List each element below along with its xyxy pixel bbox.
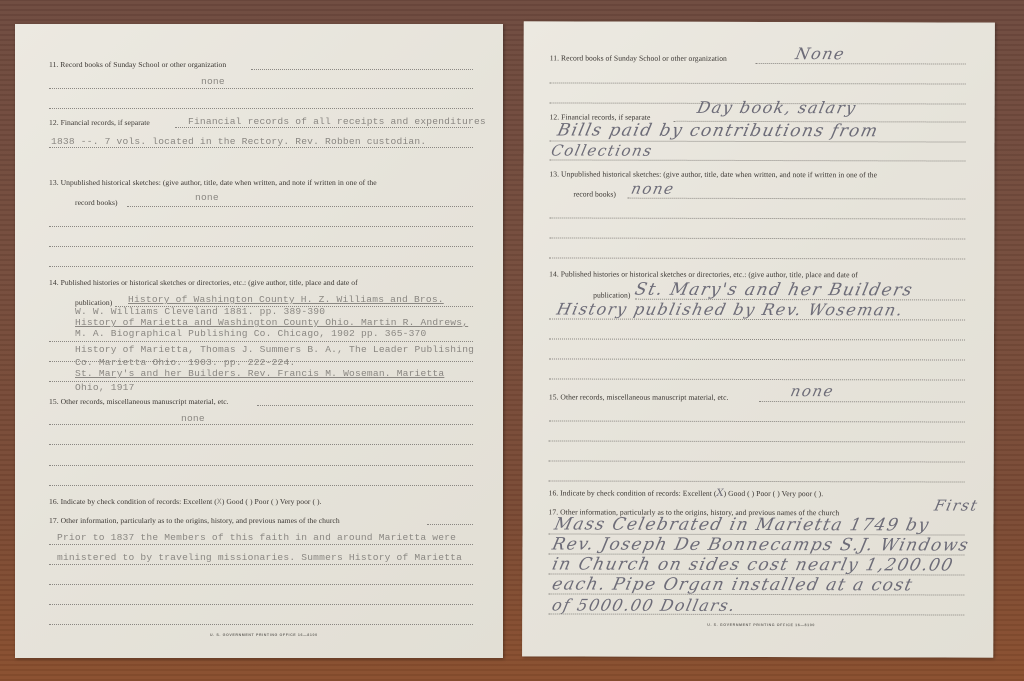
rule (49, 465, 473, 466)
left-form-sheet: 11. Record books of Sunday School or oth… (15, 24, 503, 658)
q11-label: 11. Record books of Sunday School or oth… (49, 60, 226, 69)
rule (49, 584, 473, 585)
q15-answer: none (789, 382, 836, 400)
rule (49, 226, 473, 227)
q12-answer-line2: Bills paid by contributions from (555, 120, 880, 141)
rule (549, 217, 965, 219)
rule (49, 147, 473, 148)
q13-label-cont: record books) (573, 190, 616, 199)
rule (49, 604, 473, 605)
q14-answer-line4: M. A. Biographical Publishing Co. Chicag… (75, 328, 426, 339)
printing-office-footer: U. S. GOVERNMENT PRINTING OFFICE 16—8100 (210, 633, 318, 637)
rule (49, 108, 473, 109)
rule (549, 318, 965, 320)
rule (49, 341, 473, 342)
rule (549, 257, 965, 259)
rule (549, 338, 965, 340)
q17-answer-line5: of 5000.00 Dollars. (550, 595, 738, 614)
rule (550, 82, 966, 84)
rule (49, 444, 473, 445)
q17-answer-line2: Rev. Joseph De Bonnecamps S.J. Windows (550, 534, 971, 555)
q17-answer-line1: Mass Celebrated in Marietta 1749 by (552, 514, 931, 535)
q11-label: 11. Record books of Sunday School or oth… (550, 53, 727, 62)
q14-answer-line2: W. W. Williams Cleveland 1881. pp. 389-3… (75, 306, 325, 317)
rule (549, 358, 965, 360)
rule (49, 544, 473, 545)
rule (549, 378, 965, 380)
q16-label: 16. Indicate by check condition of recor… (49, 497, 322, 507)
rule (175, 127, 473, 128)
rule (251, 69, 473, 70)
q14-answer-line2: History published by Rev. Woseman. (555, 299, 906, 319)
q14-answer-line1: St. Mary's and her Builders (633, 280, 915, 301)
q14-label: 14. Published histories or historical sk… (549, 269, 858, 279)
rule (756, 63, 966, 65)
q14-label: 14. Published histories or historical sk… (49, 278, 358, 287)
right-form-sheet: 11. Record books of Sunday School or oth… (522, 21, 995, 657)
q17-answer-line0: First (933, 496, 980, 514)
q17-answer-line2: ministered to by traveling missionaries.… (57, 552, 462, 563)
q11-answer: None (794, 44, 847, 63)
q15-answer: none (181, 413, 205, 424)
q13-label: 13. Unpublished historical sketches: (gi… (49, 178, 377, 187)
q14-answer-line6: Co. Marietta Ohio. 1903. pp. 222-224. (75, 357, 295, 368)
rule (49, 564, 473, 565)
q12-answer-line1: Financial records of all receipts and ex… (188, 116, 486, 127)
q12-answer-line2: 1838 --. 7 vols. located in the Rectory.… (51, 136, 426, 147)
q13-answer: none (629, 180, 676, 198)
q14-label-cont: publication) (593, 291, 630, 300)
rule (549, 420, 965, 422)
excellent-checkbox[interactable]: X (217, 498, 222, 507)
q16-label: 16. Indicate by check condition of recor… (549, 487, 824, 499)
q11-answer: none (201, 76, 225, 87)
q14-answer-line3: History of Marietta and Washington Count… (75, 317, 468, 328)
rule (49, 485, 473, 486)
rule (549, 159, 965, 161)
rule (759, 401, 965, 403)
rule (49, 266, 473, 267)
q17-answer-line4: each. Pipe Organ installed at a cost (550, 574, 915, 595)
q14-answer-line5: History of Marietta, Thomas J. Summers B… (75, 344, 474, 355)
q14-answer-line7: St. Mary's and her Builders. Rev. Franci… (75, 368, 444, 379)
q12-label: 12. Financial records, if separate (49, 118, 150, 127)
q12-answer-line3: Collections (550, 141, 655, 159)
q14-answer-line1: History of Washington County H. Z. Willi… (128, 294, 444, 305)
q13-answer: none (195, 192, 219, 203)
printing-office-footer: U. S. GOVERNMENT PRINTING OFFICE 16—8100 (707, 623, 815, 627)
rule (427, 524, 473, 525)
q17-answer-line1: Prior to 1837 the Members of this faith … (57, 532, 456, 543)
q15-label: 15. Other records, miscellaneous manuscr… (49, 397, 229, 406)
rule (549, 440, 965, 442)
rule (257, 405, 473, 406)
q14-answer-line8: Ohio, 1917 (75, 382, 135, 393)
rule (49, 424, 473, 425)
q17-answer-line3: in Church on sides cost nearly 1,200.00 (550, 554, 955, 575)
q13-label: 13. Unpublished historical sketches: (gi… (549, 169, 877, 179)
q15-label: 15. Other records, miscellaneous manuscr… (549, 392, 729, 401)
rule (49, 624, 473, 625)
rule (49, 88, 473, 89)
rule (549, 460, 965, 462)
rule (49, 246, 473, 247)
excellent-checkbox[interactable]: X (716, 488, 723, 499)
q12-answer-line1: Day book, salary (696, 98, 859, 117)
rule (627, 198, 965, 200)
rule (549, 480, 965, 482)
q13-label-cont: record books) (75, 198, 118, 207)
rule (127, 206, 473, 207)
q17-label: 17. Other information, particularly as t… (49, 516, 340, 525)
rule (549, 237, 965, 239)
